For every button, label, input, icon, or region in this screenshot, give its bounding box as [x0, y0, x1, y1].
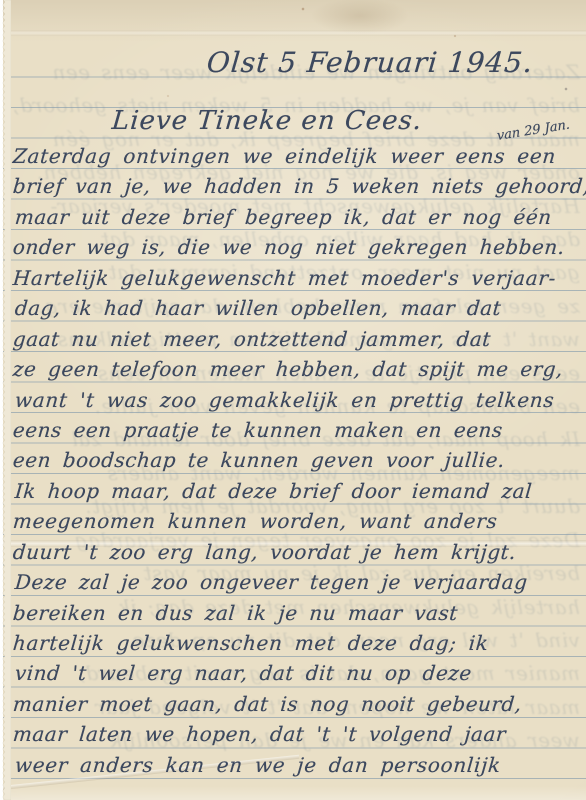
letter-line: meegenomen kunnen worden, want anders	[12, 506, 586, 536]
letter-line: vind 't wel erg naar, dat dit nu op deze	[12, 658, 586, 688]
letter-line: een boodschap te kunnen geven voor julli…	[12, 445, 586, 475]
letter-line: maar laten we hopen, dat 't 't volgend j…	[12, 719, 586, 749]
letter-line: dag, ik had haar willen opbellen, maar d…	[12, 293, 586, 323]
letter-line: manier moet gaan, dat is nog nooit gebeu…	[12, 689, 586, 719]
perforated-edge-path	[3, 0, 11, 800]
letter-line: Hartelijk gelukgewenscht met moeder's ve…	[12, 263, 586, 293]
letter-line: gaat nu niet meer, ontzettend jammer, da…	[12, 324, 586, 354]
letter-line: Zaterdag ontvingen we eindelijk weer een…	[12, 141, 586, 171]
letter-line: want 't was zoo gemakkelijk en prettig t…	[12, 385, 586, 415]
letter-line: Ik hoop maar, dat deze brief door iemand…	[12, 476, 586, 506]
letter-line: eens een praatje te kunnen maken en eens	[12, 415, 586, 445]
letter-sheet: Zaterdag ontvingen we eindelijk weer een…	[0, 0, 586, 800]
dateline: Olst 5 Februari 1945.	[206, 46, 535, 79]
letter-line: weer anders kan en we je dan persoonlijk	[12, 750, 586, 780]
letter-line: ze geen telefoon meer hebben, dat spijt …	[12, 354, 586, 384]
salutation: Lieve Tineke en Cees.	[111, 106, 424, 136]
letter-line: duurt 't zoo erg lang, voordat je hem kr…	[12, 537, 586, 567]
letter-line: onder weg is, die we nog niet gekregen h…	[12, 232, 586, 262]
letter-line: bereiken en dus zal ik je nu maar vast	[12, 598, 586, 628]
letter-line: brief van je, we hadden in 5 weken niets…	[12, 171, 586, 201]
perforated-edge	[1, 0, 11, 800]
letter-line: maar uit deze brief begreep ik, dat er n…	[12, 202, 586, 232]
letter-line: hartelijk gelukwenschen met deze dag; ik	[12, 628, 586, 658]
letter-line: Deze zal je zoo ongeveer tegen je verjaa…	[12, 567, 586, 597]
letter-body: Zaterdag ontvingen we eindelijk weer een…	[13, 141, 584, 780]
